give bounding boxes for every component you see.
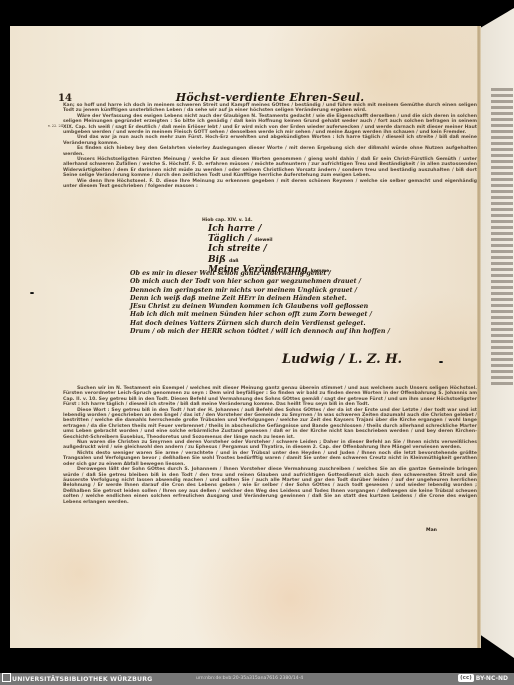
poem-line: Ob mich auch der Todt von hier schon gar… (130, 278, 430, 286)
creative-commons-icon: (cc) (458, 674, 474, 682)
paragraph: Es finden sich hiebey bey den Gelahrten … (63, 146, 477, 157)
paragraph: Suchen wir im N. Testament ein Exempel /… (63, 386, 477, 408)
catchword: Man (426, 528, 437, 533)
signature: Ludwig / L. Z. H. (282, 352, 402, 367)
poem: Ob es mir in dieser Welt schon gantz wid… (130, 270, 430, 336)
acrostic-motto: Ich harre / Täglich / dieweil Ich streit… (208, 225, 331, 276)
paragraph: Und das war ja nun auch noch mehr zum Fü… (63, 135, 477, 146)
paragraph: Diese Wort : Sey getreu biß in den Todt … (63, 408, 477, 440)
paragraph: Wie denn Ihre Höchstseel. F. D. diese Ih… (63, 179, 477, 190)
poem-line: Dennoch im geringsten mir nichts vor mei… (130, 287, 430, 295)
text-block-top: Kan; so hoff und harre ich doch in meine… (63, 103, 477, 190)
poem-line: Drum / ob mich der HERR schon tödtet / w… (130, 328, 430, 336)
paragraph: Kan; so hoff und harre ich doch in meine… (63, 103, 477, 114)
viewer-footer: UNIVERSITÄTSBIBLIOTHEK WÜRZBURG urn:nbn:… (0, 673, 514, 685)
verse-reference: Hiob cap. XIV. v. 14. (202, 218, 253, 223)
facing-page (481, 8, 514, 658)
paragraph: Wäre der Verfassung des ewigen Lebens ni… (63, 114, 477, 136)
poem-line: Hat doch deines Vatters Zürnen sich durc… (130, 320, 430, 328)
poem-line: Hab ich dich mit meinen Sünden hier scho… (130, 311, 430, 319)
paragraph: Nichts desto weniger waren Sie arme / ve… (63, 451, 477, 467)
library-logo-icon (2, 673, 11, 682)
license-link[interactable]: (cc)BY-NC-ND (458, 673, 508, 685)
text-block-bottom: Suchen wir im N. Testament ein Exempel /… (63, 386, 477, 505)
ink-blot (439, 361, 443, 363)
poem-line: JEsu Christ zu deinen Wunden kommen ich … (130, 303, 430, 311)
urn-identifier[interactable]: urn:nbn:de:bvb:20-35a315ana7616 2380/14-… (196, 673, 303, 685)
margin-note: v. 22. 24. (48, 124, 64, 128)
paragraph: Nun waren die Christen zu Smyrnen und de… (63, 440, 477, 451)
paragraph: Derowegen läßt der Sohn GOttes durch S. … (63, 467, 477, 505)
poem-line: Ob es mir in dieser Welt schon gantz wid… (130, 270, 430, 278)
page-gutter (477, 26, 481, 648)
poem-line: Denn ich weiß daß meine Zeit HErr in dei… (130, 295, 430, 303)
paragraph: Unsers Höchstseligsten Fürsten Meinung /… (63, 157, 477, 179)
document-viewer: 14 Höchst-verdiente Ehren-Seul. v. 22. 2… (0, 0, 514, 673)
facing-page-text (491, 88, 513, 418)
institution-logo[interactable]: UNIVERSITÄTSBIBLIOTHEK WÜRZBURG (2, 673, 152, 685)
ink-blot (30, 292, 34, 294)
